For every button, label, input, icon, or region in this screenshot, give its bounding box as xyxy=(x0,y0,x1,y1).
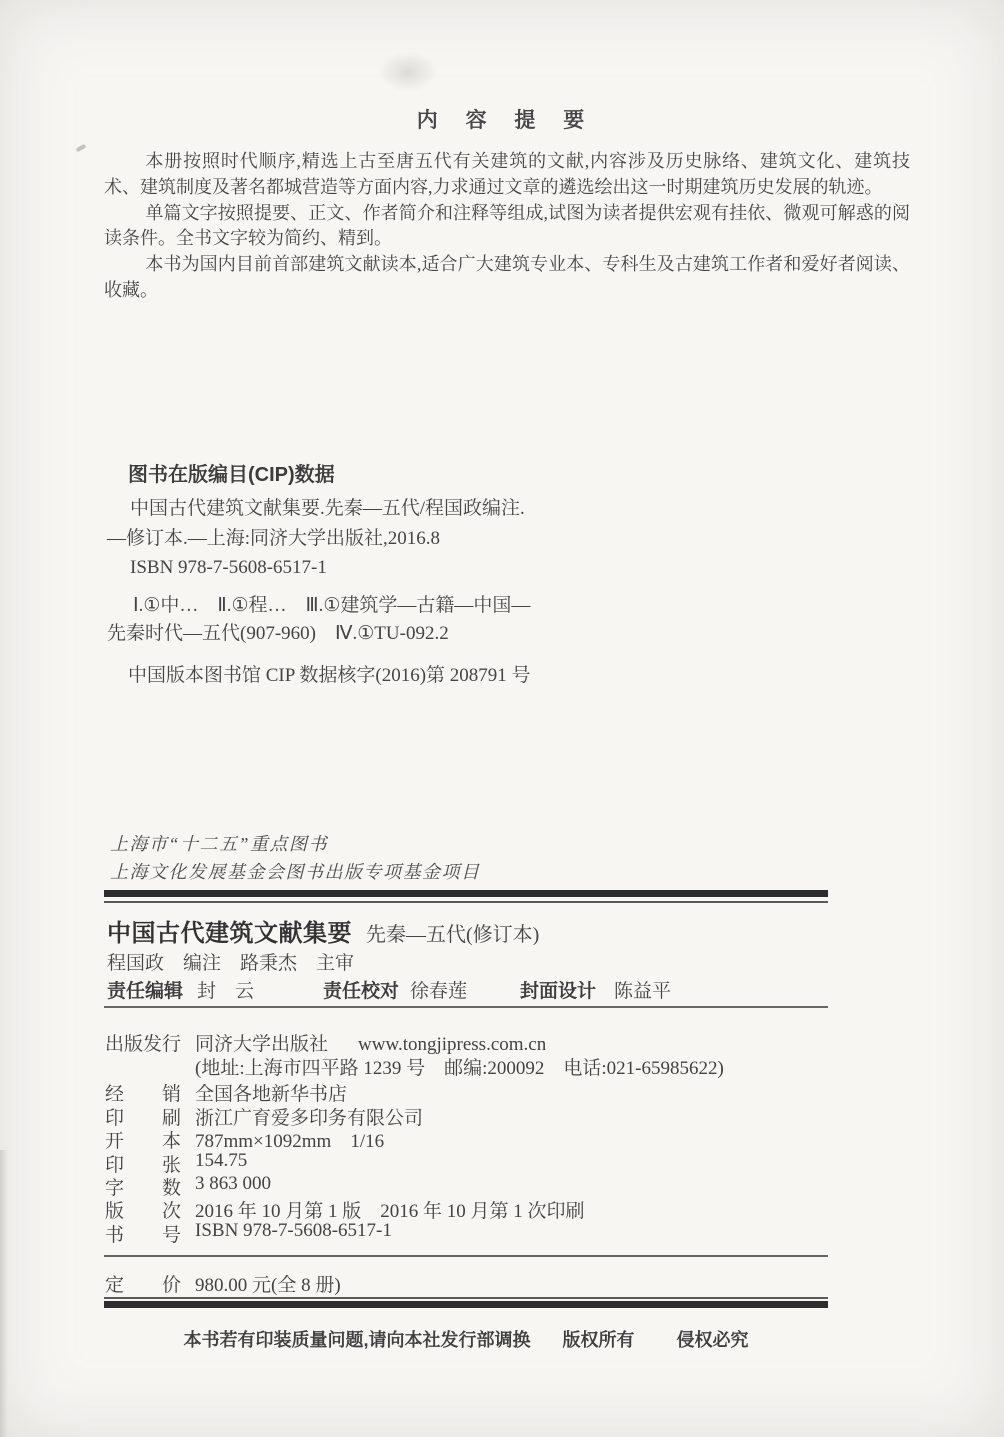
staff-row: 责任编辑 封 云 责任校对 徐春莲 封面设计 陈益平 xyxy=(0,976,1004,998)
publisher-name: 同济大学出版社 xyxy=(195,1034,328,1055)
colophon-row: 开 本 787mm×1092mm 1/16 xyxy=(0,1126,1004,1150)
divider-thick-bottom xyxy=(104,1301,828,1308)
colophon-value: 787mm×1092mm 1/16 xyxy=(195,1126,384,1153)
colophon-value: 同济大学出版社www.tongjipress.com.cn xyxy=(195,1029,546,1056)
colophon-row: 字 数 3 863 000 xyxy=(0,1173,1004,1197)
footer-rights: 版权所有 xyxy=(563,1330,635,1350)
scanned-copyright-page: 内 容 提 要 本册按照时代顺序,精选上古至唐五代有关建筑的文献,内容涉及历史脉… xyxy=(0,0,1004,1437)
staff-role: 封面设计 xyxy=(520,976,596,1003)
summary-paragraph: 本册按照时代顺序,精选上古至唐五代有关建筑的文献,内容涉及历史脉络、建筑文化、建… xyxy=(104,149,910,201)
colophon-value: 3 863 000 xyxy=(195,1173,271,1195)
price-row: 定 价 980.00 元(全 8 册) xyxy=(0,1270,1004,1294)
publisher-url: www.tongjipress.com.cn xyxy=(358,1034,546,1055)
staff-name: 徐春莲 xyxy=(410,976,467,1003)
divider-thin-top xyxy=(104,901,828,903)
divider-mid xyxy=(104,1006,828,1008)
summary-paragraph: 本书为国内目前首部建筑文献读本,适合广大建筑专业本、专科生及古建筑工作者和爱好者… xyxy=(104,252,910,304)
cip-isbn-line: ISBN 978-7-5608-6517-1 xyxy=(107,553,525,583)
honor-line: 上海市“十二五”重点图书 xyxy=(110,830,328,856)
colophon-row: 版 次 2016 年 10 月第 1 版 2016 年 10 月第 1 次印刷 xyxy=(0,1196,1004,1220)
divider-price-top xyxy=(104,1255,828,1257)
scan-artifact xyxy=(378,52,438,92)
summary-heading: 内 容 提 要 xyxy=(104,104,908,134)
cip-class-line: Ⅰ.①中… Ⅱ.①程… Ⅲ.①建筑学—古籍—中国— xyxy=(107,592,530,620)
colophon-row: 印 张 154.75 xyxy=(0,1150,1004,1174)
price-value: 980.00 元(全 8 册) xyxy=(195,1270,341,1297)
cip-entry-line: 中国古代建筑文献集要.先秦—五代/程国政编注. xyxy=(107,494,525,524)
colophon-label: 书 号 xyxy=(105,1220,205,1247)
honor-line: 上海文化发展基金会图书出版专项基金项目 xyxy=(110,858,481,884)
book-title: 中国古代建筑文献集要 xyxy=(107,920,352,947)
summary-paragraph: 单篇文字按照提要、正文、作者简介和注释等组成,试图为读者提供宏观有挂依、微观可解… xyxy=(104,201,910,253)
colophon-row: 印 刷 浙江广育爱多印务有限公司 xyxy=(0,1103,1004,1127)
cip-heading: 图书在版编目(CIP)数据 xyxy=(128,458,335,487)
footer-warning: 侵权必究 xyxy=(677,1330,749,1350)
cip-class-line: 先秦时代—五代(907-960) Ⅳ.①TU-092.2 xyxy=(107,620,530,648)
divider-thick-top xyxy=(104,890,828,897)
colophon-row: 经 销 全国各地新华书店 xyxy=(0,1079,1004,1103)
price-label: 定 价 xyxy=(105,1270,205,1297)
colophon-row: 出版发行 同济大学出版社www.tongjipress.com.cn xyxy=(0,1029,1004,1053)
colophon-value: 154.75 xyxy=(195,1150,247,1172)
cip-entry: 中国古代建筑文献集要.先秦—五代/程国政编注. —修订本.—上海:同济大学出版社… xyxy=(107,494,525,583)
byline: 程国政 编注 路秉杰 主审 xyxy=(107,948,354,975)
staff-role: 责任编辑 xyxy=(107,976,183,1003)
staff-name: 陈益平 xyxy=(614,976,671,1003)
scan-artifact xyxy=(76,144,87,152)
staff-name: 封 云 xyxy=(197,976,254,1003)
colophon-value: 全国各地新华书店 xyxy=(195,1079,347,1106)
publisher-address: (地址:上海市四平路 1239 号 邮编:200092 电话:021-65985… xyxy=(195,1053,724,1080)
colophon-label: 版 次 xyxy=(105,1196,205,1223)
book-title-row: 中国古代建筑文献集要先秦—五代(修订本) xyxy=(107,913,539,948)
summary-paragraphs: 本册按照时代顺序,精选上古至唐五代有关建筑的文献,内容涉及历史脉络、建筑文化、建… xyxy=(104,149,910,304)
cip-classification: Ⅰ.①中… Ⅱ.①程… Ⅲ.①建筑学—古籍—中国— 先秦时代—五代(907-96… xyxy=(107,592,530,648)
footer-notice: 本书若有印装质量问题,请向本社发行部调换版权所有侵权必究 xyxy=(104,1326,828,1352)
staff-role: 责任校对 xyxy=(323,976,399,1003)
footer-note: 本书若有印装质量问题,请向本社发行部调换 xyxy=(184,1330,531,1350)
cip-record-number: 中国版本图书馆 CIP 数据核字(2016)第 208791 号 xyxy=(128,660,531,687)
colophon-value: ISBN 978-7-5608-6517-1 xyxy=(195,1220,392,1242)
colophon-label: 经 销 xyxy=(105,1079,205,1106)
cip-entry-line: —修订本.—上海:同济大学出版社,2016.8 xyxy=(107,524,525,554)
colophon-label: 出版发行 xyxy=(105,1029,205,1056)
colophon-row: (地址:上海市四平路 1239 号 邮编:200092 电话:021-65985… xyxy=(0,1053,1004,1077)
colophon-value: 2016 年 10 月第 1 版 2016 年 10 月第 1 次印刷 xyxy=(195,1196,585,1223)
book-subtitle: 先秦—五代(修订本) xyxy=(366,924,539,946)
colophon-label: 开 本 xyxy=(105,1126,205,1153)
divider-thin-bottom xyxy=(104,1297,828,1299)
colophon-row: 书 号 ISBN 978-7-5608-6517-1 xyxy=(0,1220,1004,1244)
